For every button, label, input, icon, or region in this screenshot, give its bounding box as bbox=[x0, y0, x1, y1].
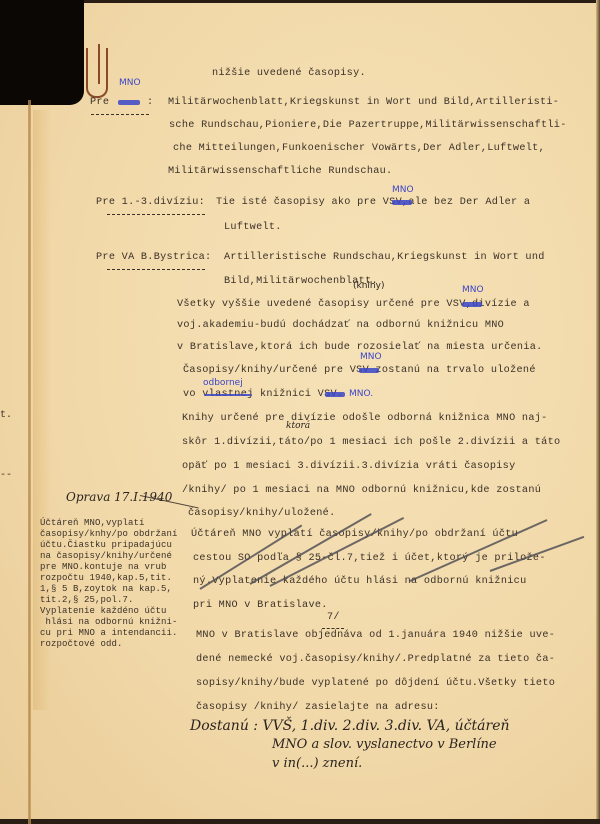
section-number: 7/ bbox=[327, 612, 340, 623]
margin-note-line: Účtáreň MNO,vyplatí bbox=[40, 518, 145, 529]
correction-mno: MNO bbox=[462, 285, 484, 295]
section-va-line: Artilleristische Rundschau,Kriegskunst i… bbox=[224, 252, 545, 263]
intro-line: nižšie uvedené časopisy. bbox=[212, 68, 366, 79]
margin-note-line: Vyplatenie každéno účtu bbox=[40, 606, 167, 617]
section-number-underline bbox=[322, 628, 344, 629]
paragraph-2-line: Knihy určené pre divízie odošle odborná … bbox=[182, 413, 548, 424]
strikeout-mark bbox=[359, 368, 379, 373]
left-edge-fragment: t. bbox=[0, 410, 12, 421]
strikeout-mark bbox=[392, 200, 412, 205]
strikethrough-stroke bbox=[250, 513, 372, 585]
paragraph-4-line: dené nemecké voj.časopisy/knihy/.Predpla… bbox=[196, 654, 555, 665]
paragraph-3-struck-line: ný.Vyplatenie každého účtu hlási na odbo… bbox=[193, 576, 527, 587]
scan-right-edge bbox=[596, 0, 600, 824]
margin-note-line: tit.2,§ 25,pol.7. bbox=[40, 595, 134, 606]
scan-top-edge bbox=[84, 0, 600, 3]
document-page: t. -- nižšie uvedené časopisy. Pre : MNO… bbox=[0, 0, 600, 824]
handwritten-distribution-line: MNO a slov. vyslanectvo v Berlíne bbox=[272, 737, 497, 752]
section-label-prefix: Pre bbox=[90, 97, 109, 108]
paragraph-3-struck-line: Účtáreň MNO vyplatí časopisy/knihy/po ob… bbox=[191, 529, 518, 540]
label-underline bbox=[107, 269, 205, 270]
margin-note-line: hlási na odbornú knižni- bbox=[40, 617, 178, 628]
section-mno-line: Militärwissenschaftliche Rundschau. bbox=[168, 166, 392, 177]
paper-fold-line bbox=[28, 100, 31, 824]
section-mno-line: sche Rundschau,Pioniere,Die Pazertruppe,… bbox=[169, 120, 567, 131]
label-colon: : bbox=[147, 97, 153, 108]
paragraph-2-line: časopisy/knihy/uložené. bbox=[188, 508, 336, 519]
correction-mno: MNO bbox=[119, 78, 141, 88]
label-underline bbox=[91, 114, 149, 115]
handwritten-distribution-line: v in(...) znení. bbox=[272, 756, 362, 771]
section-divisions-line: Tie isté časopisy ako pre VSV,ale bez De… bbox=[216, 197, 530, 208]
paperclip-icon bbox=[86, 48, 108, 98]
margin-note-line: pre MNO.kontuje na vrub bbox=[40, 562, 167, 573]
paragraph-2-line: opäť po 1 mesiaci 3.divízii.3.divízia vr… bbox=[182, 461, 516, 472]
scan-dark-corner bbox=[0, 0, 84, 105]
strikeout-mark bbox=[462, 302, 482, 307]
correction-mno: MNO. bbox=[349, 389, 373, 399]
handwritten-knihy: (knihy) bbox=[353, 281, 384, 291]
section-divisions-label: Pre 1.-3.divíziu: bbox=[96, 197, 205, 208]
handwritten-distribution-line: Dostanú : VVŠ, 1.div. 2.div. 3.div. VA, … bbox=[190, 718, 510, 734]
margin-note-line: 1,§ 5 B,zoytok na kap.5, bbox=[40, 584, 172, 595]
margin-note-line: cu pri MNO a intendancii. bbox=[40, 628, 178, 639]
correction-mno: MNO bbox=[392, 185, 414, 195]
section-va-label: Pre VA B.Bystrica: bbox=[96, 252, 211, 263]
handwritten-ktora: ktorá bbox=[286, 421, 310, 431]
scan-bottom-edge bbox=[0, 819, 600, 824]
paragraph-4-line: časopisy /knihy/ zasielajte na adresu: bbox=[196, 702, 440, 713]
paragraph-4-line: sopisy/knihy/bude vyplatené po dôjdení ú… bbox=[196, 678, 555, 689]
handwritten-odbornej: odbornej bbox=[203, 378, 243, 388]
paragraph-4-line: MNO v Bratislave objednáva od 1.januára … bbox=[196, 630, 555, 641]
paragraph-3-struck-line: pri MNO v Bratislave. bbox=[193, 600, 328, 611]
margin-note-line: časopisy/knhy/po obdržaní bbox=[40, 529, 178, 540]
strikeout-mark bbox=[204, 394, 252, 396]
label-underline bbox=[107, 214, 205, 215]
strikeout-mark bbox=[118, 100, 140, 105]
margin-note-line: účtu.Čiastku pripadajúcu bbox=[40, 540, 172, 551]
correction-mno: MNO bbox=[360, 352, 382, 362]
section-mno-line: Militärwochenblatt,Kriegskunst in Wort u… bbox=[168, 97, 559, 108]
strikeout-mark bbox=[325, 392, 345, 397]
paragraph-2-line: skôr 1.divízii,táto/po 1 mesiaci ich poš… bbox=[182, 437, 560, 448]
handwritten-correction-date: Oprava 17.I.1940 bbox=[66, 490, 172, 504]
section-divisions-line: Luftwelt. bbox=[224, 222, 282, 233]
paragraph-2-line: /knihy/ po 1 mesiaci na MNO odbornú kniž… bbox=[182, 485, 541, 496]
margin-note-line: rozpočtové odd. bbox=[40, 639, 123, 650]
margin-note-line: na časopisy/knihy/určené bbox=[40, 551, 172, 562]
section-mno-line: che Mitteilungen,Funkoenischer Vowärts,D… bbox=[173, 143, 545, 154]
paragraph-1-line: voj.akademiu-budú dochádzať na odbornú k… bbox=[177, 320, 504, 331]
margin-note-line: rozpočtu 1940,kap.5,tit. bbox=[40, 573, 172, 584]
left-edge-fragment: -- bbox=[0, 470, 12, 481]
